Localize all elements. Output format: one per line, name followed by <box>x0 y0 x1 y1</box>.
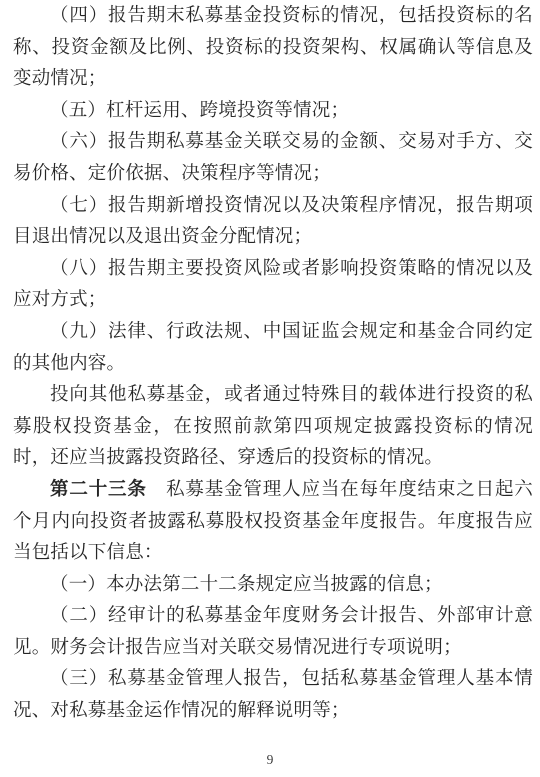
paragraph: （八）报告期主要投资风险或者影响投资策略的情况以及应对方式； <box>13 254 533 317</box>
paragraph: （二）经审计的私募基金年度财务会计报告、外部审计意见。财务会计报告应当对关联交易… <box>13 601 533 664</box>
document-page: （四）报告期末私募基金投资标的情况，包括投资标的名称、投资金额及比例、投资标的投… <box>0 0 540 777</box>
paragraph: 第二十三条 私募基金管理人应当在每年度结束之日起六个月内向投资者披露私募股权投资… <box>13 475 533 570</box>
paragraph: （一）本办法第二十二条规定应当披露的信息； <box>13 570 533 602</box>
paragraph: （五）杠杆运用、跨境投资等情况； <box>13 96 533 128</box>
page-number: 9 <box>0 752 540 768</box>
paragraph-text: （五）杠杆运用、跨境投资等情况； <box>50 101 349 121</box>
paragraph-text: （三）私募基金管理人报告，包括私募基金管理人基本情况、对私募基金运作情况的解释说… <box>13 669 533 721</box>
article-number: 第二十三条 <box>50 480 147 500</box>
paragraph-text: （一）本办法第二十二条规定应当披露的信息； <box>50 575 443 595</box>
paragraph: （九）法律、行政法规、中国证监会规定和基金合同约定的其他内容。 <box>13 317 533 380</box>
paragraph: （六）报告期私募基金关联交易的金额、交易对手方、交易价格、定价依据、决策程序等情… <box>13 127 533 190</box>
paragraph-text: （二）经审计的私募基金年度财务会计报告、外部审计意见。财务会计报告应当对关联交易… <box>13 606 533 658</box>
paragraph: （四）报告期末私募基金投资标的情况，包括投资标的名称、投资金额及比例、投资标的投… <box>13 1 533 96</box>
paragraph-text: （六）报告期私募基金关联交易的金额、交易对手方、交易价格、定价依据、决策程序等情… <box>13 132 533 184</box>
paragraph-text: （九）法律、行政法规、中国证监会规定和基金合同约定的其他内容。 <box>13 322 533 374</box>
paragraph-text: 投向其他私募基金，或者通过特殊目的载体进行投资的私募股权投资基金，在按照前款第四… <box>13 385 533 468</box>
paragraph: （三）私募基金管理人报告，包括私募基金管理人基本情况、对私募基金运作情况的解释说… <box>13 664 533 727</box>
paragraph-text: （四）报告期末私募基金投资标的情况，包括投资标的名称、投资金额及比例、投资标的投… <box>13 6 533 89</box>
paragraph-text: （八）报告期主要投资风险或者影响投资策略的情况以及应对方式； <box>13 259 533 311</box>
paragraph-text: （七）报告期新增投资情况以及决策程序情况，报告期项目退出情况以及退出资金分配情况… <box>13 196 533 248</box>
document-body: （四）报告期末私募基金投资标的情况，包括投资标的名称、投资金额及比例、投资标的投… <box>13 1 533 728</box>
paragraph: 投向其他私募基金，或者通过特殊目的载体进行投资的私募股权投资基金，在按照前款第四… <box>13 380 533 475</box>
paragraph: （七）报告期新增投资情况以及决策程序情况，报告期项目退出情况以及退出资金分配情况… <box>13 191 533 254</box>
